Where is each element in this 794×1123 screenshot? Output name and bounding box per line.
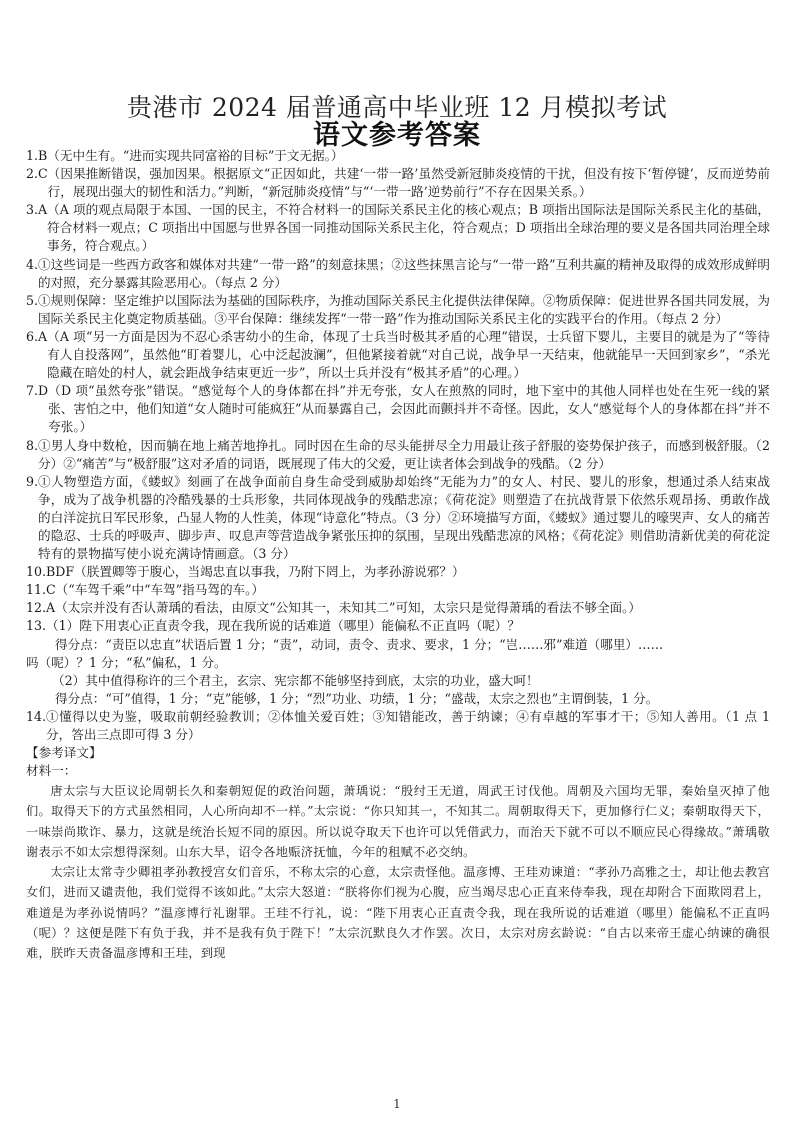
answer-item-11: 11.C （“车驾千乘”中“车驾”指马驾的车。） [26,581,770,599]
answer-number: 5. [26,292,38,328]
answer-text: （因果推断错误，强加因果。根据原文“正因如此，共建‘一带一路’虽然受新冠肺炎疫情… [48,165,770,201]
answer-number: 6.A [26,328,47,382]
answer-number: 14. [26,708,46,744]
answer-item-14: 14. ①懂得以史为鉴，吸取前朝经验教训；②体恤关爱百姓；③知错能改，善于纳谏；… [26,708,770,744]
answer-number: 8. [26,437,38,473]
answer-item-13: 13. （1）陛下用衷心正直责令我，现在我所说的话难道（哪里）能偏私不正直吗（呢… [26,617,770,635]
answer-item-3: 3.A （A 项的观点局限于本国、一国的民主，不符合材料一的国际关系民主化的核心… [26,201,770,255]
answer-item-10: 10.BDF （朕置卿等于腹心，当竭忠直以事我，乃附下罔上，为孝孙游说邪？） [26,563,770,581]
document-page: 贵港市 2024 届普通高中毕业班 12 月模拟考试 语文参考答案 1.B （无… [0,0,794,1123]
answer-text: （朕置卿等于腹心，当竭忠直以事我，乃附下罔上，为孝孙游说邪？） [74,563,770,581]
answer-number: 7.D [26,382,48,436]
q13-scoring-1-cont: 吗（呢）？1 分；“私”偏私，1 分。 [26,654,770,672]
q13-scoring-1: 得分点：“责臣以忠直”状语后置 1 分；“责”，动词，责令、责求、要求，1 分；… [26,636,770,654]
scoring-text: 吗（呢）？1 分；“私”偏私，1 分。 [26,655,227,670]
answer-list: 1.B （无中生有。“进而实现共同富裕的目标”于文无据。） 2.C （因果推断错… [26,147,770,963]
answer-text: ①这些词是一些西方政客和媒体对共建“一带一路”的刻意抹黑；②这些抹黑言论与“一带… [38,256,770,292]
answer-text: （2）其中值得称许的三个君主，玄宗、宪宗都不能够坚持到底，太宗的功业，盛大呵！ [52,673,539,688]
answer-item-9: 9. ①人物塑造方面，《蝼蚁》刻画了在战争面前自身生命受到威胁却始终“无能为力”… [26,473,770,563]
answer-item-2: 2.C （因果推断错误，强加因果。根据原文“正因如此，共建‘一带一路’虽然受新冠… [26,165,770,201]
translation-heading: 【参考译文】 [26,744,770,762]
page-number: 1 [0,1097,794,1111]
answer-text: （1）陛下用衷心正直责令我，现在我所说的话难道（哪里）能偏私不正直吗（呢）？ [46,617,770,635]
answer-item-8: 8. ①男人身中数枪，因而躺在地上痛苦地挣扎。同时因在生命的尽头能拼尽全力用最让… [26,437,770,473]
translation-body: 唐太宗与大臣议论周朝长久和秦朝短促的政治问题，萧瑀说：“殷纣王无道，周武王讨伐他… [26,781,770,963]
answer-item-5: 5. ①规则保障：坚定维护以国际法为基础的国际秩序，为推动国际关系民主化提供法律… [26,292,770,328]
answer-text: （“车驾千乘”中“车驾”指马驾的车。） [56,581,770,599]
answer-text: （A 项“另一方面是因为不忍心杀害幼小的生命，体现了士兵当时极其矛盾的心理”错误… [47,328,770,382]
answer-text: ①男人身中数枪，因而躺在地上痛苦地挣扎。同时因在生命的尽头能拼尽全力用最让孩子舒… [38,437,770,473]
answer-item-1: 1.B （无中生有。“进而实现共同富裕的目标”于文无据。） [26,147,770,165]
answer-number: 4. [26,256,38,292]
scoring-text: 得分点：“责臣以忠直”状语后置 1 分；“责”，动词，责令、责求、要求，1 分；… [55,637,663,652]
answer-number: 10.BDF [26,563,74,581]
q13-part-2: （2）其中值得称许的三个君主，玄宗、宪宗都不能够坚持到底，太宗的功业，盛大呵！ [26,672,770,690]
answer-number: 12.A [26,599,55,617]
material-label: 材料一： [26,762,770,780]
translation-paragraph-2: 太宗让太常寺少卿祖孝孙教授宫女们音乐，不称太宗的心意，太宗责怪他。温彦博、王珪劝… [26,862,770,963]
answer-item-6: 6.A （A 项“另一方面是因为不忍心杀害幼小的生命，体现了士兵当时极其矛盾的心… [26,328,770,382]
answer-item-7: 7.D （D 项“虽然夸张”错误。“感觉每个人的身体都在抖”并无夸张，女人在煎熬… [26,382,770,436]
answer-text: ①人物塑造方面，《蝼蚁》刻画了在战争面前自身生命受到威胁却始终“无能为力”的女人… [38,473,770,563]
scoring-text: 得分点：“可”值得，1 分；“克”能够，1 分；“烈”功业、功绩，1 分；“盛哉… [55,691,658,706]
answer-text: ①规则保障：坚定维护以国际法为基础的国际秩序，为推动国际关系民主化提供法律保障。… [38,292,770,328]
answer-number: 2.C [26,165,48,201]
answer-number: 9. [26,473,38,563]
answer-text: （D 项“虽然夸张”错误。“感觉每个人的身体都在抖”并无夸张，女人在煎熬的同时，… [48,382,770,436]
answer-number: 3.A [26,201,47,255]
answer-text: ①懂得以史为鉴，吸取前朝经验教训；②体恤关爱百姓；③知错能改，善于纳谏；④有卓越… [46,708,770,744]
answer-number: 1.B [26,147,47,165]
q13-scoring-2: 得分点：“可”值得，1 分；“克”能够，1 分；“烈”功业、功绩，1 分；“盛哉… [26,690,770,708]
answer-item-12: 12.A （太宗并没有否认萧瑀的看法，由原文“公知其一，未知其二”可知，太宗只是… [26,599,770,617]
answer-number: 11.C [26,581,56,599]
translation-paragraph-1: 唐太宗与大臣议论周朝长久和秦朝短促的政治问题，萧瑀说：“殷纣王无道，周武王讨伐他… [26,781,770,862]
answer-text: （太宗并没有否认萧瑀的看法，由原文“公知其一，未知其二”可知，太宗只是觉得萧瑀的… [55,599,770,617]
answer-text: （无中生有。“进而实现共同富裕的目标”于文无据。） [47,147,770,165]
answer-number: 13. [26,617,46,635]
answer-text: （A 项的观点局限于本国、一国的民主，不符合材料一的国际关系民主化的核心观点；B… [47,201,770,255]
answer-item-4: 4. ①这些词是一些西方政客和媒体对共建“一带一路”的刻意抹黑；②这些抹黑言论与… [26,256,770,292]
